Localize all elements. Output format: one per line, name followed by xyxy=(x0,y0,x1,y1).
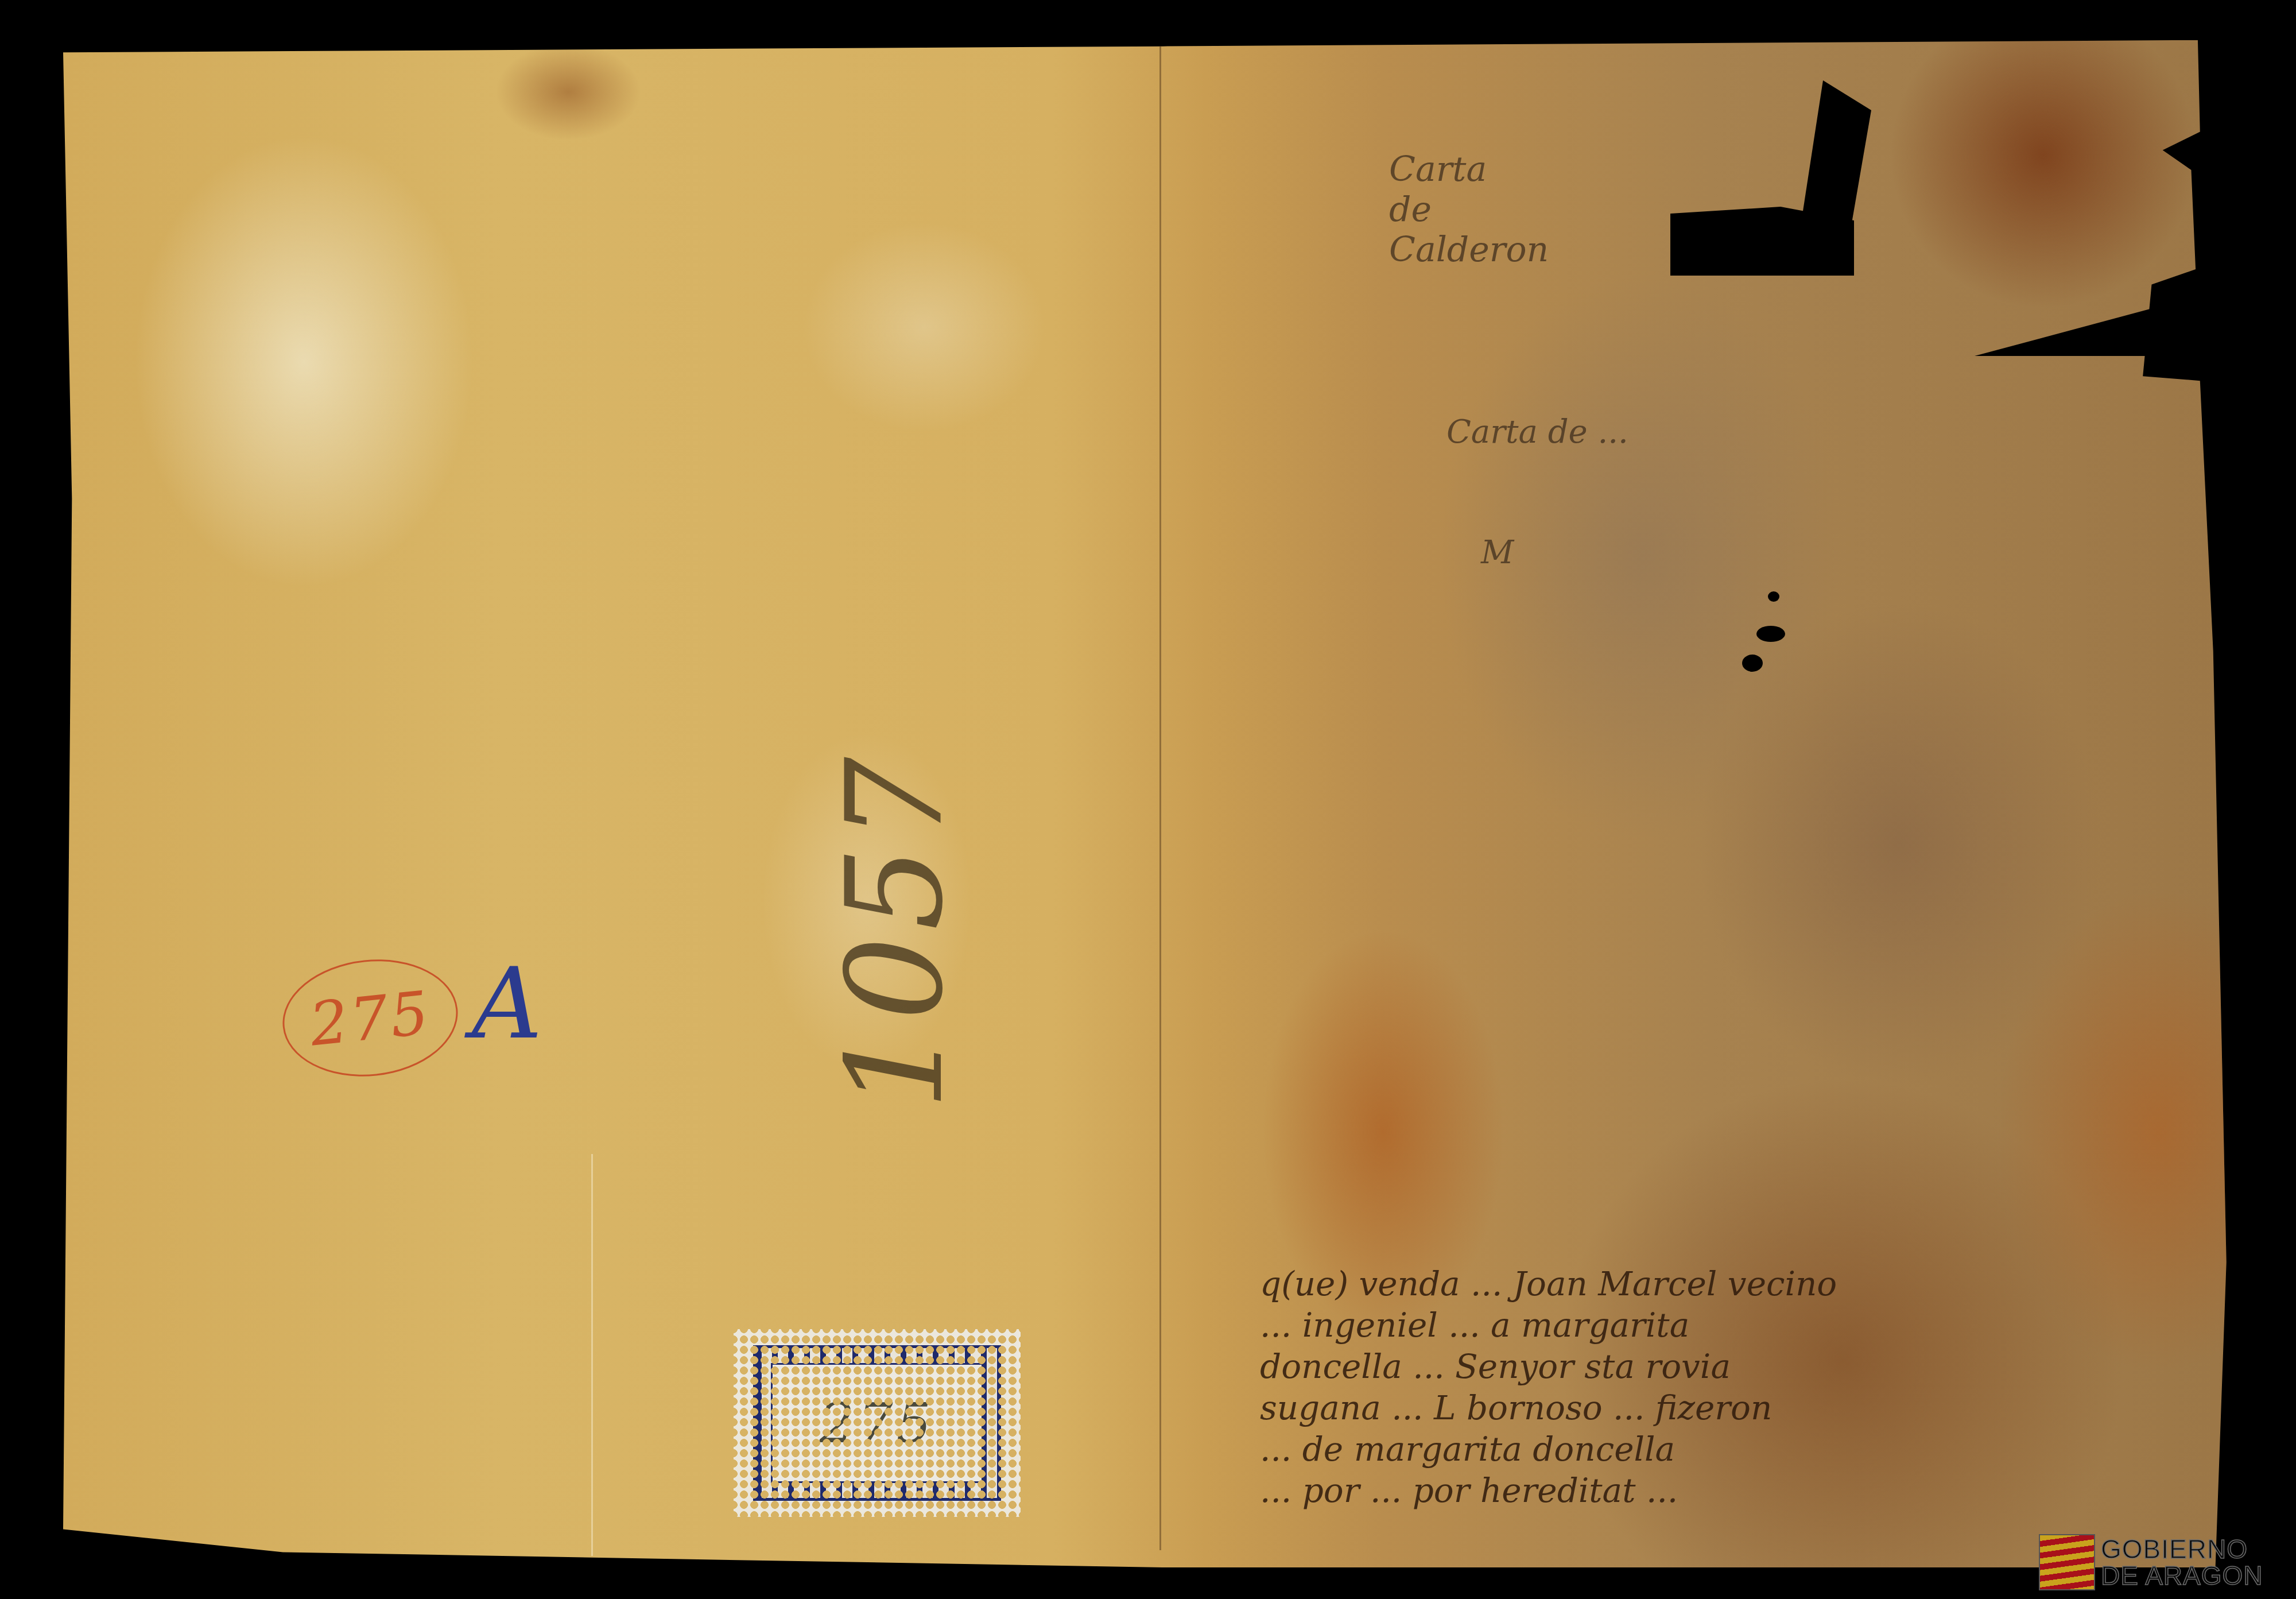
manuscript-line: sugana ... L bornoso ... fizeron xyxy=(1260,1387,1837,1428)
worm-hole xyxy=(1742,655,1763,672)
gobierno-de-aragon-logo: GOBIERNO DE ARAGON xyxy=(2039,1534,2263,1590)
scan-background: 275 A 1057 275 Carta de Calderon Carta d… xyxy=(0,0,2296,1599)
manuscript-line: ... ingeniel ... a margarita xyxy=(1260,1304,1837,1346)
red-shelfmark-number: 275 xyxy=(281,975,460,1063)
archive-label: 275 xyxy=(734,1329,1021,1517)
endorsement-top: Carta de Calderon xyxy=(1389,149,1549,270)
logo-text: GOBIERNO DE ARAGON xyxy=(2101,1536,2263,1589)
manuscript-line: ... de margarita doncella xyxy=(1260,1428,1837,1470)
label-number: 275 xyxy=(819,1391,934,1455)
parchment-sheet xyxy=(63,40,2262,1567)
logo-line-1: GOBIERNO xyxy=(2101,1536,2263,1562)
aragon-flag-icon xyxy=(2039,1534,2095,1590)
blue-letter-mark: A xyxy=(472,947,542,1061)
manuscript-line: doncella ... Senyor sta rovia xyxy=(1260,1346,1837,1387)
manuscript-line: q(ue) venda ... Joan Marcel vecino xyxy=(1260,1263,1837,1304)
fold-crease xyxy=(591,1154,593,1556)
manuscript-text-block: q(ue) venda ... Joan Marcel vecino ... i… xyxy=(1260,1263,1837,1511)
endorsement-middle: Carta de ... xyxy=(1446,413,1628,451)
worm-hole xyxy=(1768,591,1779,602)
label-field: 275 xyxy=(771,1363,983,1483)
worm-hole xyxy=(1756,626,1785,642)
endorsement-line: Carta xyxy=(1389,149,1549,189)
center-fold-line xyxy=(1159,46,1161,1550)
endorsement-line: Calderon xyxy=(1389,230,1549,270)
endorsement-line: de xyxy=(1389,189,1549,230)
manuscript-line: ... por ... por hereditat ... xyxy=(1260,1470,1837,1511)
endorsement-middle-2: M xyxy=(1481,534,1514,571)
logo-line-2: DE ARAGON xyxy=(2101,1562,2263,1589)
label-decorative-border: 275 xyxy=(753,1345,1001,1501)
pencil-number: 1057 xyxy=(819,766,972,1110)
